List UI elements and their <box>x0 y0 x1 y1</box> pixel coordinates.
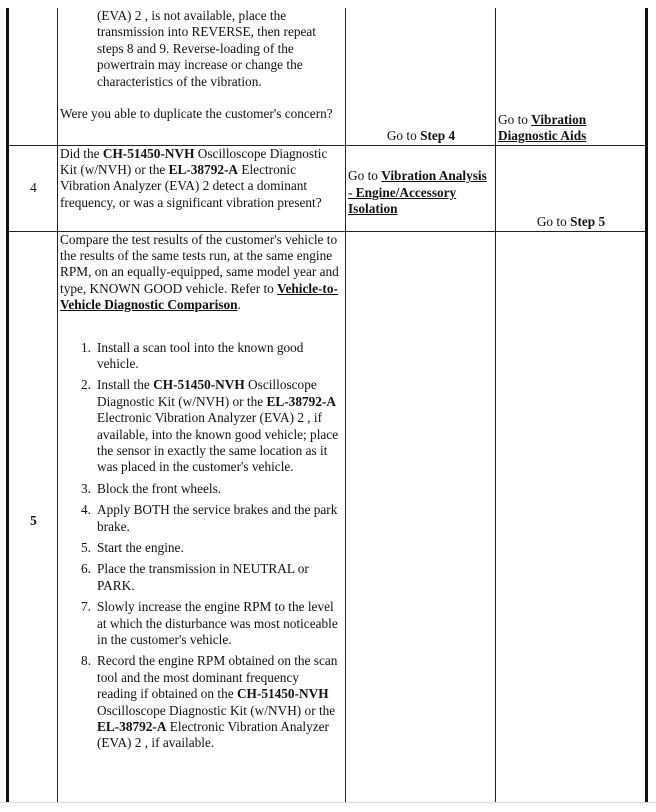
yes-cell: Go to Vibration Analysis - Engine/Access… <box>346 145 496 231</box>
substep-number: 8. <box>73 653 91 669</box>
go-to-step-4-link[interactable]: Step 4 <box>420 128 455 143</box>
tool-id: EL-38792-A <box>97 719 166 734</box>
substep-item: 2.Install the CH-51450-NVH Oscilloscope … <box>97 377 344 475</box>
action-cell: Did the CH-51450-NVH Oscilloscope Diagno… <box>58 145 346 231</box>
substep-number: 2. <box>73 377 91 393</box>
substep-item: 7.Slowly increase the engine RPM to the … <box>97 599 344 648</box>
yes-cell: Go to Step 4 <box>346 8 496 145</box>
substep-number: 7. <box>73 599 91 615</box>
go-to-step-5-link[interactable]: Step 5 <box>570 214 605 229</box>
question-text: Were you able to duplicate the customer'… <box>60 106 344 122</box>
step-number: 4 <box>30 180 37 195</box>
continuation-text: (EVA) 2 , is not available, place the tr… <box>60 8 344 90</box>
table-row-step-5: 5 Compare the test results of the custom… <box>8 231 647 803</box>
substep-item: 5.Start the engine. <box>97 540 344 556</box>
step-number: 5 <box>30 513 37 528</box>
no-prefix: Go to <box>498 112 531 127</box>
yes-prefix: Go to <box>387 128 420 143</box>
tool-id: CH-51450-NVH <box>103 146 195 161</box>
no-prefix: Go to <box>537 214 570 229</box>
no-cell: Go to Step 5 <box>496 145 647 231</box>
action-cell: Compare the test results of the customer… <box>58 231 346 803</box>
document-viewport: (EVA) 2 , is not available, place the tr… <box>0 8 656 803</box>
action-cell: (EVA) 2 , is not available, place the tr… <box>58 8 346 145</box>
no-cell: Go to Vibration Diagnostic Aids <box>496 8 647 145</box>
substep-item: 6.Place the transmission in NEUTRAL or P… <box>97 561 344 594</box>
yes-prefix: Go to <box>348 168 381 183</box>
substep-number: 5. <box>73 540 91 556</box>
no-cell <box>496 231 647 803</box>
table-row-step-4: 4 Did the CH-51450-NVH Oscilloscope Diag… <box>8 145 647 231</box>
intro-text: Compare the test results of the customer… <box>60 232 344 314</box>
substep-number: 4. <box>73 502 91 518</box>
step-number-cell: 4 <box>8 145 58 231</box>
tool-id: CH-51450-NVH <box>153 377 245 392</box>
substep-number: 3. <box>73 481 91 497</box>
substep-list: 1.Install a scan tool into the known goo… <box>60 340 344 752</box>
table-row-step-3-continued: (EVA) 2 , is not available, place the tr… <box>8 8 647 145</box>
yes-cell <box>346 231 496 803</box>
substep-item: 4.Apply BOTH the service brakes and the … <box>97 502 344 535</box>
substep-item: 3.Block the front wheels. <box>97 481 344 497</box>
tool-id: EL-38792-A <box>169 162 238 177</box>
question-text: Did the CH-51450-NVH Oscilloscope Diagno… <box>60 146 344 212</box>
tool-id: EL-38792-A <box>267 394 336 409</box>
step-number-cell <box>8 8 58 145</box>
substep-number: 1. <box>73 340 91 356</box>
substep-item: 8.Record the engine RPM obtained on the … <box>97 653 344 751</box>
step-number-cell: 5 <box>8 231 58 803</box>
substep-item: 1.Install a scan tool into the known goo… <box>97 340 344 373</box>
diagnostic-table: (EVA) 2 , is not available, place the tr… <box>6 8 648 803</box>
tool-id: CH-51450-NVH <box>237 686 329 701</box>
substep-number: 6. <box>73 561 91 577</box>
